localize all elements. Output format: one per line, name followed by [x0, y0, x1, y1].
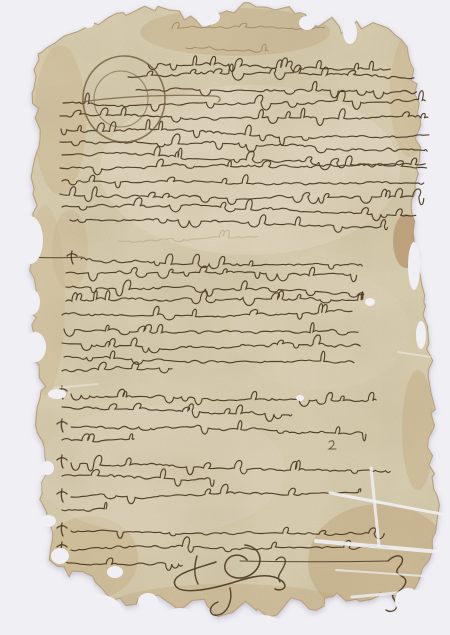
- paper-hole: [40, 461, 54, 475]
- paper-hole: [196, 9, 220, 25]
- paper-hole: [40, 515, 56, 527]
- paper-hole: [138, 593, 158, 609]
- paper-hole: [162, 608, 198, 632]
- paper-hole: [82, 18, 94, 28]
- paper-hole: [24, 332, 46, 362]
- paper-hole: [107, 566, 123, 578]
- paper-hole: [365, 298, 375, 306]
- paper-hole: [299, 16, 315, 30]
- paper-hole: [408, 242, 420, 290]
- manuscript-svg: [0, 0, 450, 635]
- paper-hole: [343, 20, 357, 44]
- paper-hole: [322, 611, 354, 633]
- screenshot-root: { "document": { "kind": "scanned-manuscr…: [0, 0, 450, 635]
- manuscript-page: [0, 0, 450, 635]
- paper-hole: [70, 594, 122, 628]
- paper-hole: [296, 395, 304, 401]
- paper-hole: [416, 321, 426, 349]
- paper-hole: [17, 216, 43, 264]
- paper-hole: [48, 389, 66, 399]
- paper-hole: [51, 548, 69, 564]
- paper-hole: [242, 615, 282, 635]
- paper-hole: [22, 289, 40, 315]
